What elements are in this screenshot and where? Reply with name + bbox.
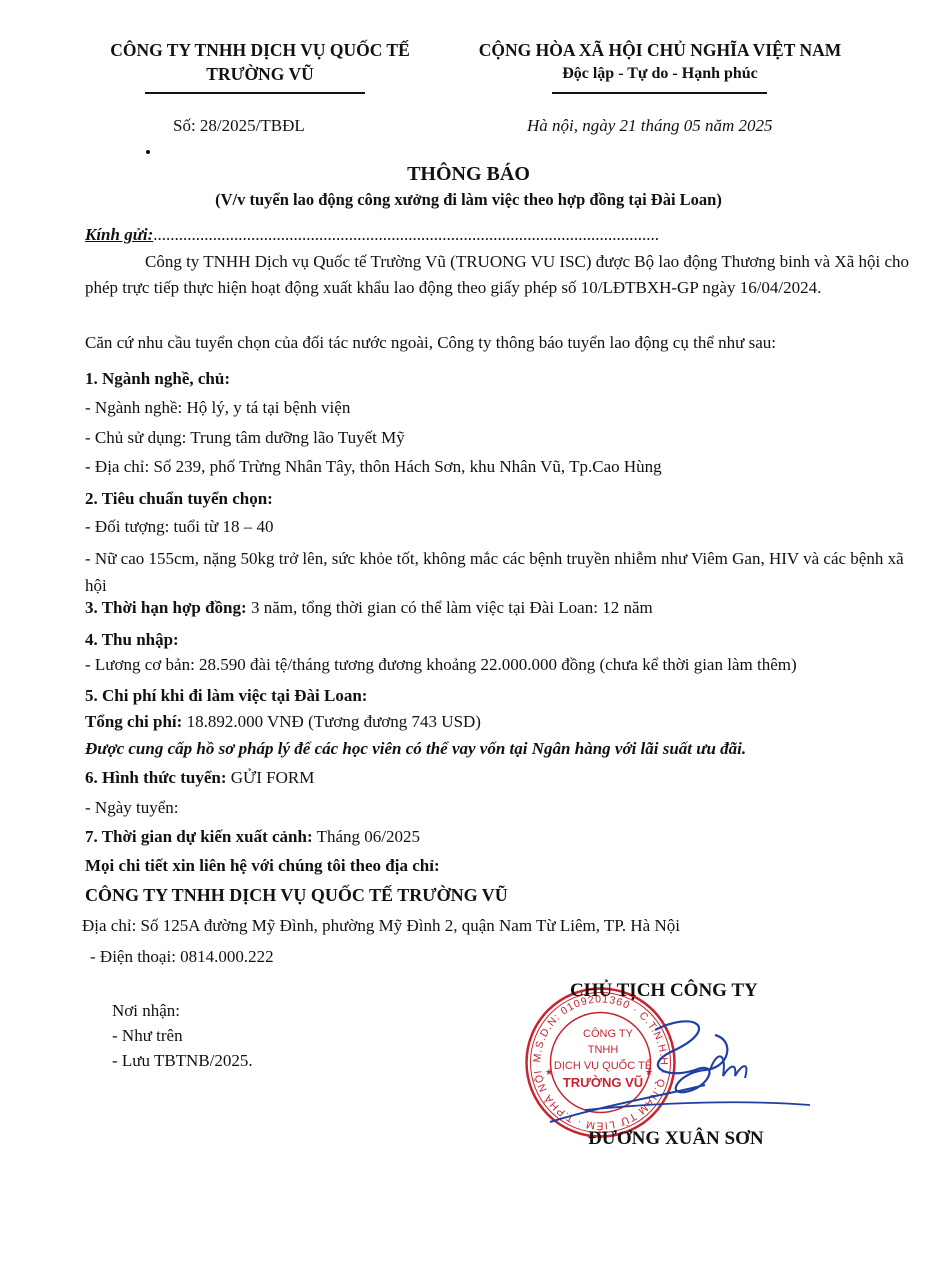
recipients-block: Nơi nhận: - Như trên - Lưu TBTNB/2025. — [112, 998, 253, 1073]
addressee-dots: ........................................… — [153, 225, 659, 244]
recipient-item: - Lưu TBTNB/2025. — [112, 1048, 253, 1073]
section-7: 7. Thời gian dự kiến xuất cảnh: Tháng 06… — [85, 826, 420, 848]
section-5-total: Tổng chi phí: 18.892.000 VNĐ (Tương đươn… — [85, 711, 481, 733]
section-2-heading: 2. Tiêu chuẩn tuyển chọn: — [85, 488, 273, 510]
addressee-line: Kính gửi:...............................… — [85, 224, 659, 246]
section-4-item: - Lương cơ bản: 28.590 đài tệ/tháng tươn… — [85, 654, 797, 676]
company-name-line1: CÔNG TY TNHH DỊCH VỤ QUỐC TẾ — [60, 38, 460, 62]
header-right-rule — [552, 92, 767, 94]
section-7-heading: 7. Thời gian dự kiến xuất cảnh: — [85, 827, 313, 846]
company-name-line2: TRƯỜNG VŨ — [60, 62, 460, 86]
section-4-heading: 4. Thu nhập: — [85, 629, 179, 651]
signer-name: ĐƯƠNG XUÂN SƠN — [588, 1128, 764, 1150]
section-3: 3. Thời hạn hợp đồng: 3 năm, tổng thời g… — [85, 597, 653, 619]
header-left-rule — [145, 92, 365, 94]
doc-title: THÔNG BÁO — [0, 163, 937, 186]
section-1-heading: 1. Ngành nghề, chủ: — [85, 368, 230, 390]
nation-title: CỘNG HÒA XÃ HỘI CHỦ NGHĨA VIỆT NAM — [470, 38, 850, 62]
contact-lead: Mọi chi tiết xin liên hệ với chúng tôi t… — [85, 855, 440, 877]
section-5-heading: 5. Chi phí khi đi làm việc tại Đài Loan: — [85, 685, 367, 707]
signature-icon — [545, 1010, 815, 1130]
contact-company: CÔNG TY TNHH DỊCH VỤ QUỐC TẾ TRƯỜNG VŨ — [85, 884, 508, 906]
section-3-value: 3 năm, tổng thời gian có thể làm việc tạ… — [247, 598, 653, 617]
doc-number: Số: 28/2025/TBĐL — [173, 116, 305, 136]
company-header: CÔNG TY TNHH DỊCH VỤ QUỐC TẾ TRƯỜNG VŨ — [60, 38, 460, 86]
contact-address: Địa chỉ: Số 125A đường Mỹ Đình, phường M… — [82, 915, 680, 937]
place-date: Hà nội, ngày 21 tháng 05 năm 2025 — [527, 116, 773, 136]
total-cost-value: 18.892.000 VNĐ (Tương đương 743 USD) — [182, 712, 481, 731]
loan-note: Được cung cấp hồ sơ pháp lý để các học v… — [85, 738, 746, 760]
nation-motto: Độc lập - Tự do - Hạnh phúc — [470, 62, 850, 86]
nation-header: CỘNG HÒA XÃ HỘI CHỦ NGHĨA VIỆT NAM Độc l… — [470, 38, 850, 86]
section-6-heading: 6. Hình thức tuyển: — [85, 768, 227, 787]
intro-paragraph: Công ty TNHH Dịch vụ Quốc tế Trường Vũ (… — [85, 249, 915, 301]
stray-dot — [146, 150, 150, 154]
section-1-item: - Ngành nghề: Hộ lý, y tá tại bệnh viện — [85, 397, 350, 419]
doc-subtitle: (V/v tuyển lao động công xưởng đi làm vi… — [0, 190, 937, 210]
signer-title: CHỦ TỊCH CÔNG TY — [570, 980, 758, 1002]
section-6-item: - Ngày tuyển: — [85, 797, 178, 819]
section-2-item: - Đối tượng: tuổi từ 18 – 40 — [85, 516, 273, 538]
section-6-value: GỬI FORM — [227, 768, 315, 787]
contact-phone: - Điện thoại: 0814.000.222 — [90, 946, 274, 968]
recipient-item: - Như trên — [112, 1023, 253, 1048]
recipients-label: Nơi nhận: — [112, 998, 253, 1023]
section-1-item: - Địa chỉ: Số 239, phố Trừng Nhân Tây, t… — [85, 456, 662, 478]
section-3-heading: 3. Thời hạn hợp đồng: — [85, 598, 247, 617]
addressee-label: Kính gửi: — [85, 225, 153, 244]
section-6: 6. Hình thức tuyển: GỬI FORM — [85, 767, 314, 789]
basis-paragraph: Căn cứ nhu cầu tuyển chọn của đối tác nư… — [85, 332, 776, 354]
total-cost-label: Tổng chi phí: — [85, 712, 182, 731]
section-7-value: Tháng 06/2025 — [313, 827, 420, 846]
section-2-item: - Nữ cao 155cm, nặng 50kg trở lên, sức k… — [85, 545, 905, 599]
section-1-item: - Chủ sử dụng: Trung tâm dưỡng lão Tuyết… — [85, 427, 405, 449]
